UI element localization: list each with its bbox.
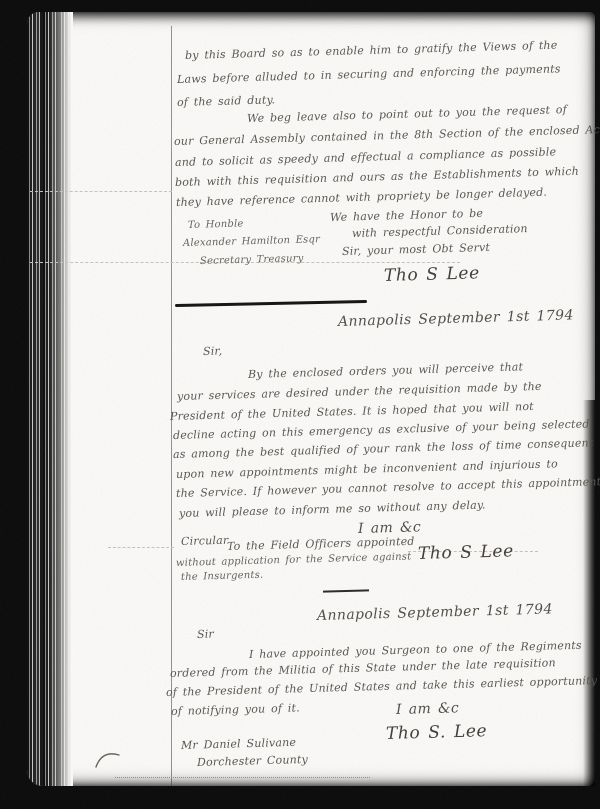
scanned-manuscript-page: by this Board so as to enable him to gra…	[0, 0, 600, 809]
manuscript-line: of the said duty.	[177, 94, 275, 108]
closing-line: I am &c	[358, 520, 422, 536]
ruled-line	[30, 191, 172, 192]
salutation: Sir	[197, 629, 214, 640]
ruled-line	[108, 547, 174, 548]
addressee-line: Mr Daniel Sulivane	[181, 737, 296, 751]
signature-tho-s-lee: Tho S Lee	[418, 543, 514, 563]
margin-note-circular: Circular	[181, 535, 229, 547]
signature-tho-s-lee: Tho S Lee	[384, 265, 480, 285]
addressee-line: To Honble	[188, 219, 244, 231]
signature-tho-s-lee: Tho S. Lee	[386, 723, 488, 743]
ruled-line	[115, 777, 370, 778]
manuscript-line: of notifying you of it.	[171, 702, 300, 717]
page-edge-shadow	[583, 400, 595, 786]
closing-line: I am &c	[396, 701, 460, 717]
addressee-line: Dorchester County	[197, 754, 308, 768]
ink-flourish-mark	[92, 746, 124, 772]
salutation: Sir,	[203, 345, 223, 357]
book-binding-edge	[27, 12, 73, 786]
